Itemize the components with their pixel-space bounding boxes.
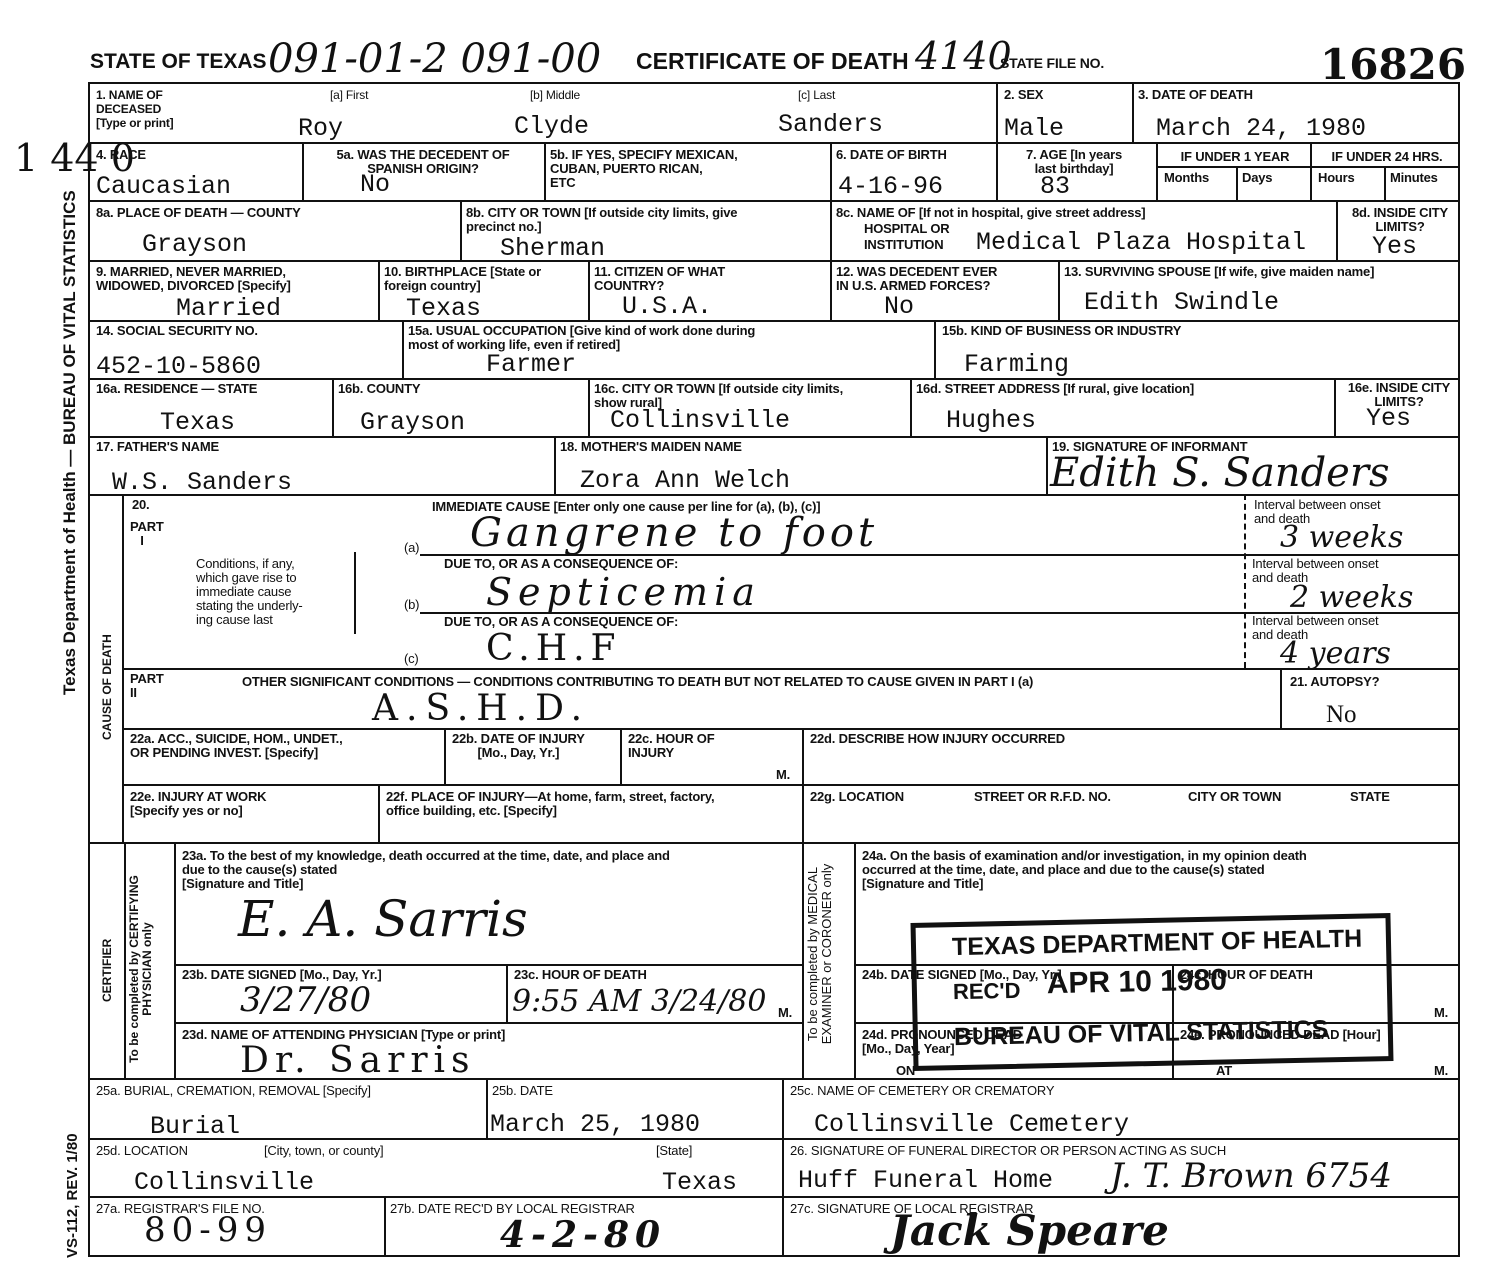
age-label: 7. AGE [In years last birthday] [1004, 148, 1144, 176]
last-name-field[interactable]: Sanders [778, 112, 883, 138]
handwritten-margin-note: 1 44 0 [14, 140, 54, 176]
cause-c-letter: (c) [404, 652, 419, 666]
stamp-bureau: BUREAU OF VITAL STATISTICS [954, 1015, 1329, 1052]
pronounced-m: M. [1434, 1064, 1448, 1078]
business-label: 15b. KIND OF BUSINESS OR INDUSTRY [942, 324, 1181, 338]
spouse-label: 13. SURVIVING SPOUSE [If wife, give maid… [1064, 265, 1374, 279]
birthplace-label: 10. BIRTHPLACE [State or foreign country… [384, 265, 541, 293]
handwritten-code: 091-01-2 091-00 [268, 36, 601, 82]
first-name-field[interactable]: Roy [298, 116, 343, 142]
armed-forces-label: 12. WAS DECEDENT EVER IN U.S. ARMED FORC… [836, 265, 997, 293]
residence-street-label: 16d. STREET ADDRESS [If rural, give loca… [916, 382, 1194, 396]
occupation-field[interactable]: Farmer [486, 352, 576, 378]
birthplace-field[interactable]: Texas [406, 296, 481, 322]
pronounced-on-label: ON [896, 1064, 915, 1078]
residence-city-field[interactable]: Collinsville [610, 408, 790, 434]
occupation-label: 15a. USUAL OCCUPATION [Give kind of work… [408, 324, 755, 352]
due-to-label-1: DUE TO, OR AS A CONSEQUENCE OF: [444, 557, 678, 571]
certifier-statement-23a: 23a. To the best of my knowledge, death … [182, 849, 670, 891]
citizen-label: 11. CITIZEN OF WHAT COUNTRY? [594, 265, 725, 293]
physician-only-label: To be completed by CERTIFYING PHYSICIAN … [128, 874, 154, 1064]
sex-label: 2. SEX [1004, 88, 1043, 102]
injury-state-label: STATE [1350, 790, 1390, 804]
examiner-only-label: To be completed by MEDICAL EXAMINER or C… [806, 844, 834, 1064]
funeral-home-field[interactable]: Huff Funeral Home [798, 1168, 1053, 1194]
disposition-date-field[interactable]: March 25, 1980 [490, 1112, 700, 1138]
handwritten-number: 4140 [915, 34, 1012, 78]
mother-field[interactable]: Zora Ann Welch [580, 468, 790, 494]
inside-city-8d-field[interactable]: Yes [1372, 234, 1417, 260]
disposition-state-field[interactable]: Texas [662, 1170, 737, 1196]
months-label: Months [1164, 171, 1209, 185]
hospital-field[interactable]: Medical Plaza Hospital [976, 230, 1306, 256]
injury-at-work-label: 22e. INJURY AT WORK [Specify yes or no] [130, 790, 266, 818]
hour-of-death-field[interactable]: 9:55 AM 3/24/80 [512, 984, 766, 1019]
institution-sub-label: INSTITUTION [864, 238, 943, 252]
injury-hour-label: 22c. HOUR OF INJURY [628, 732, 714, 760]
race-field[interactable]: Caucasian [96, 174, 231, 200]
inside-city-16e-field[interactable]: Yes [1366, 406, 1411, 432]
cause-section-label: CAUSE OF DEATH [100, 634, 114, 740]
registrar-file-field[interactable]: 80-99 [144, 1210, 272, 1250]
spanish-specify-label: 5b. IF YES, SPECIFY MEXICAN, CUBAN, PUER… [550, 148, 738, 190]
injury-hour-m: M. [776, 768, 790, 782]
disposition-method-field[interactable]: Burial [150, 1114, 240, 1140]
interval-b-field[interactable]: 2 weeks [1290, 580, 1413, 615]
middle-name-label: [b] Middle [530, 88, 580, 102]
inside-city-8d-label: 8d. INSIDE CITY LIMITS? [1340, 206, 1460, 234]
cause-a-letter: (a) [404, 541, 419, 555]
first-name-label: [a] First [330, 88, 368, 102]
cause-c-field[interactable]: C.H.F [486, 628, 622, 669]
examiner-hour-m: M. [1434, 1006, 1448, 1020]
received-stamp: TEXAS DEPARTMENT OF HEALTH REC'D APR 10 … [911, 913, 1394, 1071]
physician-name-field[interactable]: Dr. Sarris [240, 1040, 476, 1081]
injury-place-label: 22f. PLACE OF INJURY—At home, farm, stre… [386, 790, 714, 818]
interval-a-field[interactable]: 3 weeks [1280, 520, 1403, 555]
injury-date-label: 22b. DATE OF INJURY [Mo., Day, Yr.] [452, 732, 585, 760]
date-of-birth-label: 6. DATE OF BIRTH [836, 148, 947, 162]
spanish-origin-label: 5a. WAS THE DECEDENT OF SPANISH ORIGIN? [308, 148, 538, 176]
date-of-birth-field[interactable]: 4-16-96 [838, 174, 943, 200]
minutes-label: Minutes [1390, 171, 1438, 185]
days-label: Days [1242, 171, 1272, 185]
stamp-recd: REC'D [953, 978, 1021, 1005]
state-file-label: STATE FILE NO. [1000, 56, 1104, 70]
due-to-label-2: DUE TO, OR AS A CONSEQUENCE OF: [444, 615, 678, 629]
place-city-field[interactable]: Sherman [500, 236, 605, 262]
cause-a-field[interactable]: Gangrene to foot [470, 510, 878, 556]
injury-how-label: 22d. DESCRIBE HOW INJURY OCCURRED [810, 732, 1065, 746]
injury-street-label: STREET OR R.F.D. NO. [974, 790, 1111, 804]
other-conditions-field[interactable]: A.S.H.D. [372, 688, 590, 729]
father-field[interactable]: W.S. Sanders [112, 470, 292, 496]
stamp-date: APR 10 1980 [1046, 963, 1227, 1001]
registrar-date-field[interactable]: 4-2-80 [500, 1214, 666, 1256]
spanish-origin-field[interactable]: No [360, 172, 390, 198]
date-of-death-label: 3. DATE OF DEATH [1138, 88, 1253, 102]
under-24-hrs-label: IF UNDER 24 HRS. [1314, 150, 1460, 164]
funeral-director-signature[interactable]: J. T. Brown 6754 [1110, 1156, 1392, 1196]
conditions-note: Conditions, if any, which gave rise to i… [196, 557, 303, 627]
location-state-sub-label: [State] [656, 1144, 692, 1158]
residence-state-label: 16a. RESIDENCE — STATE [96, 382, 257, 396]
armed-forces-field[interactable]: No [884, 294, 914, 320]
cause-b-field[interactable]: Septicemia [486, 570, 761, 614]
mother-label: 18. MOTHER'S MAIDEN NAME [560, 440, 742, 454]
certificate-title: CERTIFICATE OF DEATH [636, 48, 909, 75]
part-2-label: PART II [130, 672, 164, 700]
age-field[interactable]: 83 [1040, 174, 1070, 200]
place-county-label: 8a. PLACE OF DEATH — COUNTY [96, 206, 301, 220]
sex-field[interactable]: Male [1004, 116, 1064, 142]
disposition-location-label: 25d. LOCATION [96, 1144, 188, 1158]
pronounced-at-label: AT [1216, 1064, 1232, 1078]
residence-state-field[interactable]: Texas [160, 410, 235, 436]
cause-b-letter: (b) [404, 598, 419, 612]
state-heading: STATE OF TEXAS [90, 50, 267, 74]
hours-label: Hours [1318, 171, 1355, 185]
date-signed-field[interactable]: 3/27/80 [240, 980, 371, 1020]
place-county-field[interactable]: Grayson [142, 232, 247, 258]
residence-county-field[interactable]: Grayson [360, 410, 465, 436]
location-sub-label: [City, town, or county] [264, 1144, 383, 1158]
informant-signature[interactable]: Edith S. Sanders [1050, 450, 1390, 496]
autopsy-field[interactable]: No [1326, 702, 1357, 728]
certifier-section-label: CERTIFIER [100, 939, 114, 1002]
injury-city-label: CITY OR TOWN [1188, 790, 1281, 804]
marital-status-label: 9. MARRIED, NEVER MARRIED, WIDOWED, DIVO… [96, 265, 291, 293]
hospital-label: 8c. NAME OF [If not in hospital, give st… [836, 206, 1145, 220]
form-number: VS-112, REV. 1/80 [64, 1133, 81, 1258]
middle-name-field[interactable]: Clyde [514, 114, 589, 140]
hospital-sub-label: HOSPITAL OR [864, 222, 949, 236]
residence-street-field[interactable]: Hughes [946, 408, 1036, 434]
cemetery-field[interactable]: Collinsville Cemetery [814, 1112, 1129, 1138]
agency-vertical-label: Texas Department of Health — BUREAU OF V… [60, 190, 80, 695]
injury-location-label: 22g. LOCATION [810, 790, 904, 804]
spouse-field[interactable]: Edith Swindle [1084, 290, 1279, 316]
accident-type-label: 22a. ACC., SUICIDE, HOM., UNDET., OR PEN… [130, 732, 343, 760]
stamp-agency: TEXAS DEPARTMENT OF HEALTH [952, 925, 1363, 963]
part-1-label: PART I [130, 520, 154, 548]
disposition-date-label: 25b. DATE [492, 1084, 553, 1098]
examiner-statement-24a: 24a. On the basis of examination and/or … [862, 849, 1307, 891]
last-name-label: [c] Last [798, 88, 835, 102]
father-label: 17. FATHER'S NAME [96, 440, 219, 454]
autopsy-label: 21. AUTOPSY? [1290, 675, 1379, 689]
business-field[interactable]: Farming [964, 352, 1069, 378]
race-label: 4. RACE [96, 148, 146, 162]
other-conditions-label: OTHER SIGNIFICANT CONDITIONS — CONDITION… [242, 675, 1033, 689]
hour-of-death-label: 23c. HOUR OF DEATH [514, 968, 647, 982]
disposition-location-field[interactable]: Collinsville [134, 1170, 314, 1196]
cause-number: 20. [132, 498, 149, 512]
marital-status-field[interactable]: Married [176, 296, 281, 322]
disposition-method-label: 25a. BURIAL, CREMATION, REMOVAL [Specify… [96, 1084, 371, 1098]
name-label: 1. NAME OF DECEASED [Type or print] [96, 88, 173, 130]
ssn-field[interactable]: 452-10-5860 [96, 354, 261, 380]
cemetery-label: 25c. NAME OF CEMETERY OR CREMATORY [790, 1084, 1054, 1098]
citizen-field[interactable]: U.S.A. [622, 294, 712, 320]
place-city-label: 8b. CITY OR TOWN [If outside city limits… [466, 206, 737, 234]
ssn-label: 14. SOCIAL SECURITY NO. [96, 324, 258, 338]
date-of-death-field[interactable]: March 24, 1980 [1156, 116, 1366, 142]
local-registrar-signature[interactable]: Jack Speare [890, 1206, 1169, 1255]
hour-of-death-m: M. [778, 1006, 792, 1020]
under-1-year-label: IF UNDER 1 YEAR [1160, 150, 1310, 164]
interval-c-field[interactable]: 4 years [1280, 636, 1391, 671]
certifier-signature[interactable]: E. A. Sarris [238, 890, 528, 948]
residence-county-label: 16b. COUNTY [338, 382, 420, 396]
